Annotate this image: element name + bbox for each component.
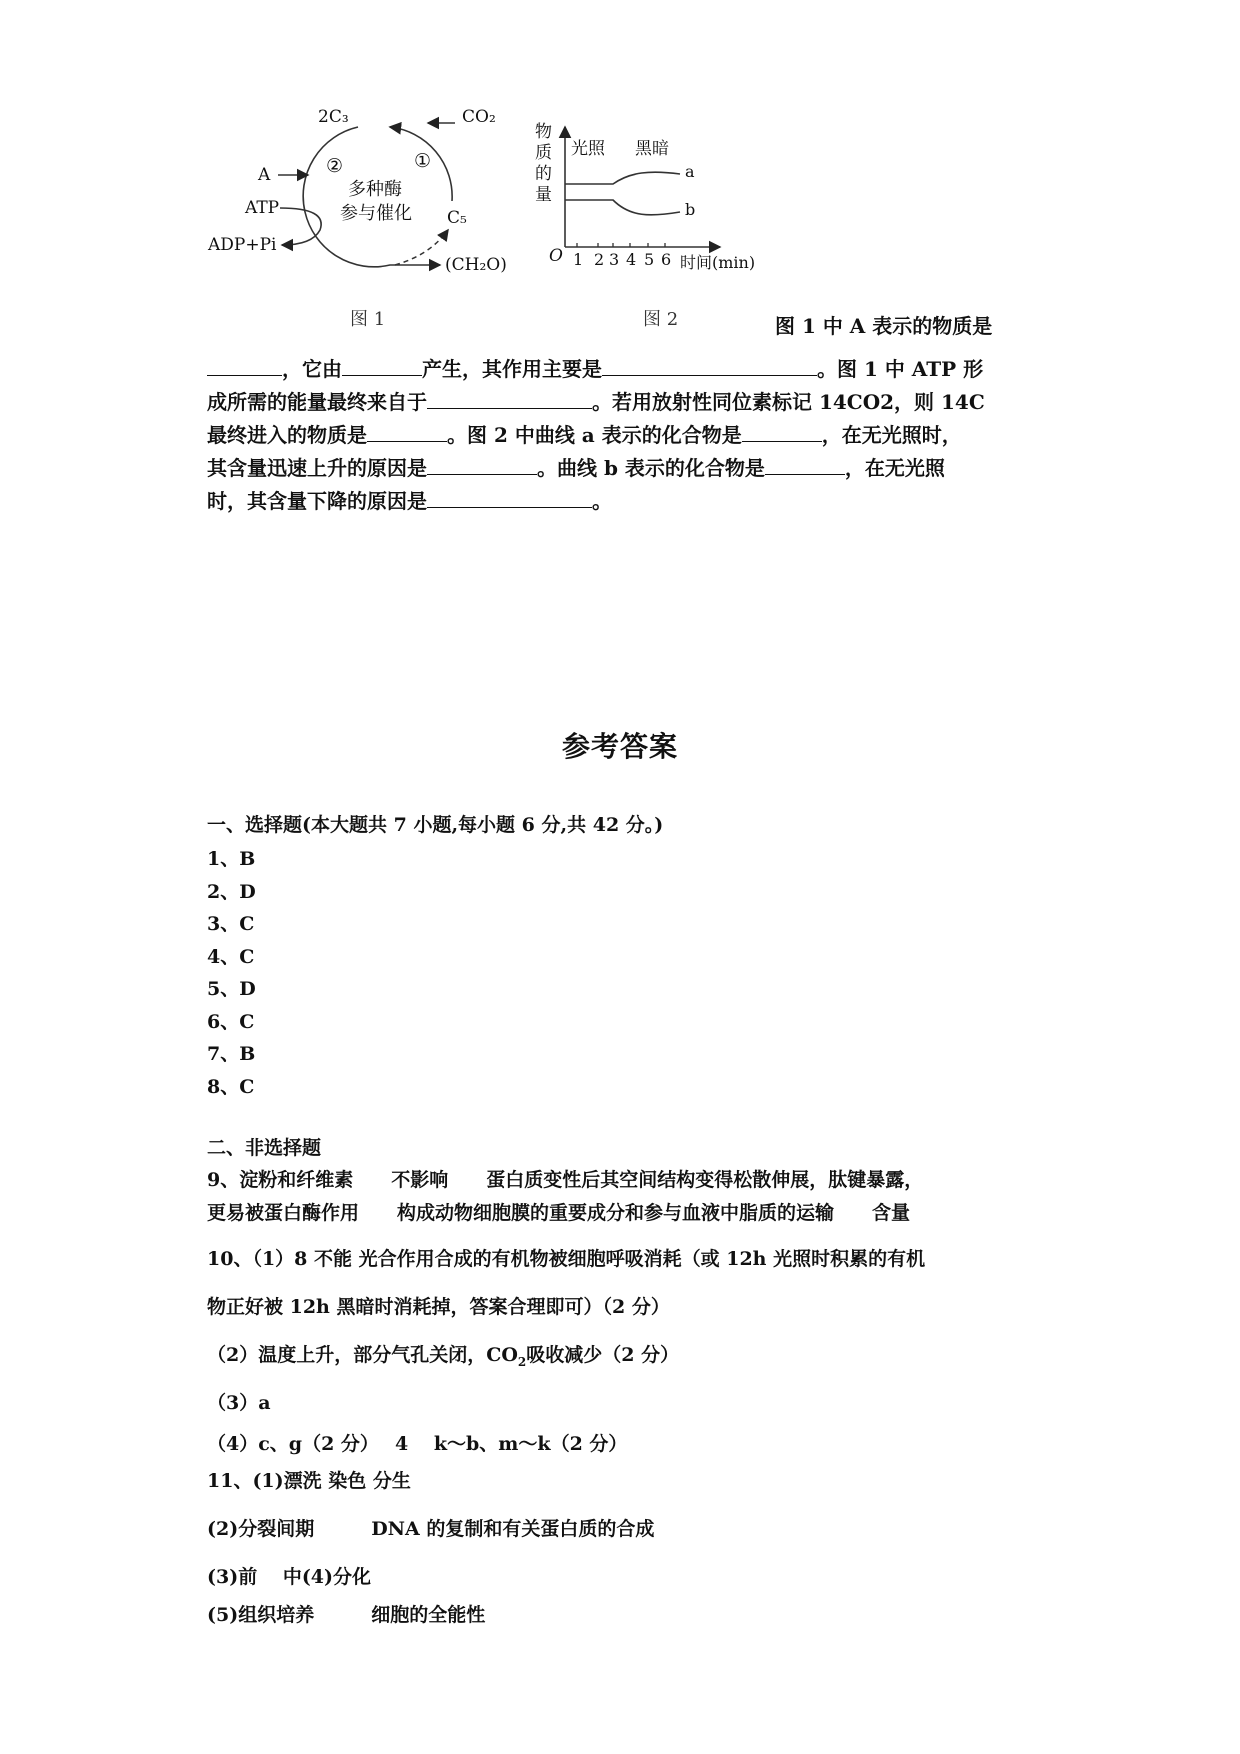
- section-1-heading: 一、选择题(本大题共 7 小题,每小题 6 分,共 42 分。): [207, 810, 663, 837]
- label-co2: CO₂: [462, 107, 496, 127]
- answer-blank[interactable]: [427, 390, 592, 409]
- choice-answer: 3、C: [207, 908, 256, 941]
- q11-part-5: (5)组织培养 细胞的全能性: [207, 1600, 485, 1627]
- choice-answer: 2、D: [207, 876, 256, 909]
- q9-line-2: 更易被蛋白酶作用 构成动物细胞膜的重要成分和参与血液中脂质的运输 含量: [207, 1198, 910, 1225]
- label-adp-pi: ADP+Pi: [208, 235, 276, 255]
- figure-1-caption: 图 1: [350, 305, 385, 331]
- light-label: 光照: [571, 134, 605, 159]
- question-line-1: ，它由产生，其作用主要是。图 1 中 ATP 形: [207, 353, 983, 386]
- answer-blank[interactable]: [427, 456, 537, 475]
- curve-a: [565, 172, 680, 184]
- origin-label: O: [549, 246, 563, 266]
- answer-blank[interactable]: [342, 357, 422, 376]
- answer-blank[interactable]: [602, 357, 817, 376]
- answer-blank[interactable]: [742, 423, 822, 442]
- choice-answer: 8、C: [207, 1071, 256, 1104]
- x-axis-label: 时间(min): [680, 250, 755, 273]
- x-tick-4: 4: [626, 250, 636, 269]
- q10-line-2: 物正好被 12h 黑暗时消耗掉，答案合理即可）（2 分）: [207, 1292, 670, 1319]
- question-line-2: 成所需的能量最终来自于。若用放射性同位素标记 14CO2，则 14C: [207, 386, 985, 419]
- q10-part-3: （3）a: [207, 1388, 271, 1415]
- answer-blank[interactable]: [427, 489, 592, 508]
- choice-answer: 5、D: [207, 973, 256, 1006]
- label-a: A: [258, 165, 270, 185]
- figure-2-caption: 图 2: [643, 305, 678, 331]
- q9-line-1: 9、淀粉和纤维素 不影响 蛋白质变性后其空间结构变得松散伸展，肽键暴露，: [207, 1165, 923, 1192]
- label-stage-2: ②: [326, 155, 343, 177]
- x-tick-6: 6: [661, 250, 671, 269]
- curve-a-label: a: [685, 162, 695, 181]
- answers-title: 参考答案: [562, 725, 678, 765]
- label-ch2o: (CH₂O): [445, 255, 507, 275]
- q10-part-4: （4）c、g（2 分） 4 k～b、m～k（2 分）: [207, 1429, 627, 1456]
- q11-part-3-4: (3)前 中(4)分化: [207, 1562, 371, 1589]
- choice-answer: 7、B: [207, 1038, 256, 1071]
- choice-answer: 4、C: [207, 941, 256, 974]
- question-line-5: 时，其含量下降的原因是。: [207, 485, 612, 518]
- question-line-4: 其含量迅速上升的原因是。曲线 b 表示的化合物是，在无光照: [207, 452, 945, 485]
- label-center-2: 参与催化: [340, 199, 412, 225]
- x-tick-5: 5: [644, 250, 654, 269]
- question-line-3: 最终进入的物质是。图 2 中曲线 a 表示的化合物是，在无光照时，: [207, 419, 962, 452]
- y-axis-label: 物 质 的 量: [535, 122, 555, 206]
- figure-2-chart: 物 质 的 量 光照 黑暗 a b O 1 2 3 4 5 6 时间(min): [535, 122, 785, 282]
- label-c5: C₅: [447, 208, 467, 228]
- q11-part-1: 11、(1)漂洗 染色 分生: [207, 1466, 411, 1493]
- curve-b-label: b: [685, 200, 695, 219]
- label-atp: ATP: [245, 198, 279, 218]
- section-2-heading: 二、非选择题: [207, 1133, 321, 1160]
- question-intro: 图 1 中 A 表示的物质是: [775, 310, 992, 343]
- answer-blank[interactable]: [367, 423, 447, 442]
- choice-answer: 6、C: [207, 1006, 256, 1039]
- label-2c3: 2C₃: [318, 107, 349, 127]
- x-tick-1: 1: [573, 250, 583, 269]
- dark-label: 黑暗: [635, 134, 669, 159]
- curve-b: [565, 200, 680, 215]
- answer-blank[interactable]: [207, 357, 282, 376]
- label-stage-1: ①: [414, 150, 431, 172]
- choice-answers-list: 1、B 2、D 3、C 4、C 5、D 6、C 7、B 8、C: [207, 843, 256, 1103]
- label-center-1: 多种酶: [348, 175, 402, 201]
- q10-part-2: （2）温度上升，部分气孔关闭，CO2吸收减少（2 分）: [207, 1340, 679, 1369]
- q11-part-2: (2)分裂间期 DNA 的复制和有关蛋白质的合成: [207, 1514, 654, 1541]
- x-tick-3: 3: [609, 250, 619, 269]
- answer-blank[interactable]: [765, 456, 845, 475]
- x-tick-2: 2: [594, 250, 604, 269]
- figure-1-calvin-cycle: 2C₃ CO₂ ② ① A 多种酶 参与催化 ATP C₅ ADP+Pi (CH…: [200, 105, 530, 295]
- choice-answer: 1、B: [207, 843, 256, 876]
- q10-line-1: 10、（1）8 不能 光合作用合成的有机物被细胞呼吸消耗（或 12h 光照时积累…: [207, 1244, 925, 1271]
